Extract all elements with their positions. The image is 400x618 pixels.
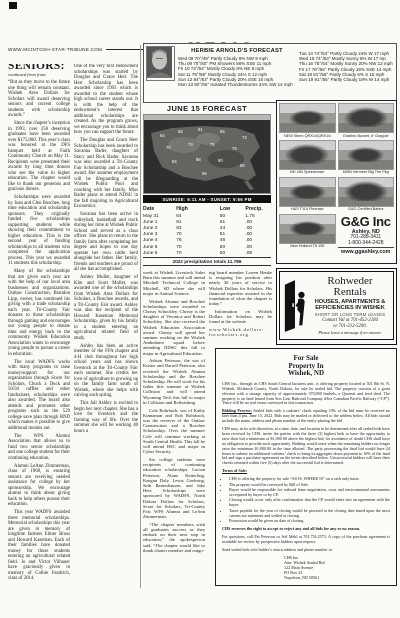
story-paragraph: Savanna has been active in volleyball, b…	[74, 212, 138, 273]
equipment-caption: G&G Certified Balers	[338, 207, 395, 212]
story-paragraph: Alumni LeAnn Zimmerman, class of 1968, i…	[8, 464, 70, 508]
story-paragraph: Cole Rohrbach, son of Kathy Kinnaman and…	[143, 408, 205, 455]
equipment-photo	[338, 177, 395, 207]
forecast-entry: Thu 16 75°/54° Mostly Sunny 20% NW 13 mp…	[299, 61, 394, 66]
questions-line: For questions, call Pat Peterson or Jeff…	[222, 535, 390, 545]
equipment-photo	[338, 103, 395, 133]
open-door-person-icon	[283, 278, 307, 334]
notice-paragraph: Bidding Process: Sealed bids with a cash…	[222, 409, 390, 424]
terms-item: Possession would be given on date of clo…	[229, 519, 390, 524]
send-bids-line: Send sealed bids with bidder’s return ad…	[222, 548, 390, 553]
gg-logo-block: G&G Inc Ashley, ND 701-288-3411 1-800-34…	[338, 214, 395, 256]
story-column-4: ing board member Lorren Henke is resigni…	[209, 270, 272, 346]
column-rule	[140, 45, 141, 588]
equipment-caption: New Holland T6 155	[279, 244, 336, 249]
story-paragraph: Since the chapter’s inception in 1993, o…	[8, 121, 70, 193]
svg-text:84: 84	[172, 159, 177, 164]
story-paragraph: Ashley has been an active member of the …	[74, 344, 138, 399]
col-header-low: Low	[220, 205, 246, 213]
gg-product-cell: H&S T114 Flexrake	[279, 177, 336, 212]
story-paragraph: The local WADFS works with many programs…	[8, 360, 70, 432]
bid-address-block: CHS Inc. Attn: Wishek Sealed Bid 122 Mai…	[284, 555, 390, 580]
us-weather-map: 64 58 61 66 72 70 73 75 79 84 88 90 86 9…	[143, 114, 271, 194]
notice-paragraph: CHS Inc., through its CHS South Central …	[222, 382, 390, 407]
precip-total-footer: 2022 precipitation totals 11.786	[143, 257, 271, 266]
table-header-row: Date High Low Precip.	[143, 205, 271, 213]
june15-forecast-title: JUNE 15 FORECAST	[143, 104, 271, 113]
rohweder-leases-line: SHORT OR LONG TERM LEASES	[310, 312, 390, 317]
story-paragraph: One of the very first endowment scholars…	[74, 64, 138, 136]
terms-list: CHS is offering the property for sale “A…	[222, 477, 390, 524]
forecast-entry: Sun 19 81°/55° Partly Cloudy 19% W 14 mp…	[299, 77, 394, 82]
col-header-date: Date	[143, 205, 176, 213]
us-map-graphic: 64 58 61 66 72 70 73 75 79 84 88 90 86 9…	[144, 115, 270, 193]
svg-text:61: 61	[198, 127, 203, 132]
rohweder-phone2-line: or 701-212-5290.	[310, 324, 390, 329]
story-paragraph: This year WADFS awarded three memorial s…	[8, 510, 70, 582]
rohweder-name: Rohweder Rentals	[310, 276, 390, 298]
story-website-text: www.Wishek.dollars-forscholars.org	[209, 327, 272, 337]
equipment-caption: H&S T114 Flexrake	[279, 207, 336, 212]
gg-website: www.ggashley.com	[338, 247, 395, 255]
site-url: WWW.MCINTOSH-STAR-TRIBUNE.COM	[8, 47, 102, 52]
rohweder-message-line: Please leave a message if no answer.	[310, 330, 390, 335]
story-paragraph: week at Wishek Livestock Sales Barn this…	[143, 270, 205, 296]
terms-label: Terms of Sale:	[222, 469, 390, 474]
herbie-arnold-photo	[146, 46, 175, 81]
print-registration-mark	[9, 2, 17, 9]
newspaper-page: WWW.MCINTOSH-STAR-TRIBUNE.COM NEWS WISHE…	[0, 0, 400, 618]
svg-text:95: 95	[202, 171, 207, 176]
svg-text:86: 86	[240, 163, 245, 168]
story-paragraph: Ashley Mullet, daughter of Kim and Scott…	[74, 275, 138, 341]
story-paragraph: The WPS Alumni Association that allows u…	[8, 434, 70, 462]
notice-paragraph: CHS may, in its sole discretion, at a ti…	[222, 427, 390, 466]
story-paragraph: Wishek Alumni and Boschee Scholarships w…	[143, 299, 205, 356]
notice-title: For Sale Property In Wishek, ND	[222, 355, 390, 378]
gg-product-cell: 605N Vermeer Big Tire Pkg	[338, 140, 395, 175]
terms-item: Closing would occur only after confirmat…	[229, 498, 390, 508]
portrait-photo-icon	[147, 47, 172, 78]
chs-sale-notice: For Sale Property In Wishek, ND CHS Inc.…	[215, 348, 397, 586]
story-column-2: One of the very first endowment scholars…	[74, 64, 138, 588]
svg-text:70: 70	[166, 145, 171, 150]
story-paragraph: ing board member Lorren Henke is resigni…	[209, 270, 272, 306]
story-paragraph: The Douglas and Grace Herr Scholarship h…	[74, 138, 138, 210]
sunrise-sunset-bar: SUNRISE: 6:11 AM - SUNSET: 9:56 PM	[143, 195, 271, 203]
forecast-entry: Mon 13 80°/56° Isolated Thunderstorms 34…	[178, 82, 296, 87]
story-paragraph: Information on Wishek Dollars for Schola…	[209, 309, 272, 325]
story-kicker: continued from front	[8, 72, 70, 78]
svg-text:75: 75	[210, 142, 215, 147]
gg-product-cell: NH 260 Speedrower	[279, 140, 336, 175]
rohweder-rentals-ad: Rohweder Rentals HOUSES, APARTMENTS & EF…	[276, 268, 397, 345]
story-paragraph: “But as they move to the future one thin…	[8, 80, 70, 119]
gg-inc-ad: NEW Sitrex QRX14/QRX16 Grabtec Bucket, 6…	[276, 100, 397, 264]
forecast-title: HERBIE ARNOLD'S FORECAST	[178, 48, 296, 54]
story-column-1: SENIORS: continued from front “But as th…	[8, 64, 70, 588]
terms-item: Taxes payable for the year of closing wo…	[229, 509, 390, 519]
story-paragraph: Six college students were recipients of …	[143, 457, 205, 519]
weather-table: Date High Low Precip. May 3164501.75 Jun…	[143, 205, 271, 266]
tractor-photo	[279, 214, 336, 244]
svg-text:79: 79	[232, 146, 237, 151]
equipment-photo	[338, 140, 395, 170]
gg-product-cell: Grabtec Bucket, 6' Grapple	[338, 103, 395, 138]
gg-product-cell: New Holland T6 155	[279, 214, 336, 256]
story-paragraph: Many of the scholarships that are given …	[8, 269, 70, 357]
gg-product-cell: G&G Certified Balers	[338, 177, 395, 212]
equipment-caption: NEW Sitrex QRX14/QRX16	[279, 133, 336, 138]
story-paragraph: Ashton Peterson, the son of Kristie and …	[143, 358, 205, 405]
equipment-photo	[279, 177, 336, 207]
equipment-caption: NH 260 Speedrower	[279, 170, 336, 175]
svg-text:72: 72	[242, 135, 247, 140]
story-paragraph: Scholarships were awarded by Joan and Cl…	[8, 195, 70, 267]
forecast-week2: Tue 14 74°/53° Partly Cloudy 24% W 17 mp…	[299, 46, 394, 100]
svg-text:90: 90	[218, 158, 223, 163]
gg-phone-2: 1-800-344-2428	[338, 241, 395, 247]
forecast-week1: HERBIE ARNOLD'S FORECAST Wed 08 70°/49° …	[178, 46, 296, 100]
story-paragraph: This fall Ashley is excited to begin her…	[74, 401, 138, 434]
svg-text:58: 58	[178, 129, 183, 134]
rohweder-line2: EFFICIENCIES IN WISHEK	[310, 305, 390, 311]
story-column-3: week at Wishek Livestock Sales Barn this…	[143, 270, 205, 588]
svg-text:88: 88	[196, 157, 201, 162]
equipment-caption: 605N Vermeer Big Tire Pkg	[338, 170, 395, 175]
reserve-rights-line: CHS reserves the right to accept or reje…	[222, 527, 390, 532]
col-header-high: High	[176, 205, 220, 213]
col-header-precip: Precip.	[245, 205, 271, 213]
herbie-forecast-box: HERBIE ARNOLD'S FORECAST Wed 08 70°/49° …	[143, 43, 397, 103]
svg-text:66: 66	[220, 129, 225, 134]
table-row: June 67050.08	[143, 250, 271, 256]
story-paragraph: “The chapter members wish all graduates …	[143, 522, 205, 553]
equipment-photo	[279, 103, 336, 133]
equipment-photo	[279, 140, 336, 170]
gg-company-name: G&G Inc	[338, 215, 395, 228]
svg-text:64: 64	[160, 133, 165, 138]
svg-text:73: 73	[188, 142, 193, 147]
gg-product-cell: NEW Sitrex QRX14/QRX16	[279, 103, 336, 138]
story-headline: SENIORS:	[8, 64, 70, 70]
equipment-caption: Grabtec Bucket, 6' Grapple	[338, 133, 395, 138]
